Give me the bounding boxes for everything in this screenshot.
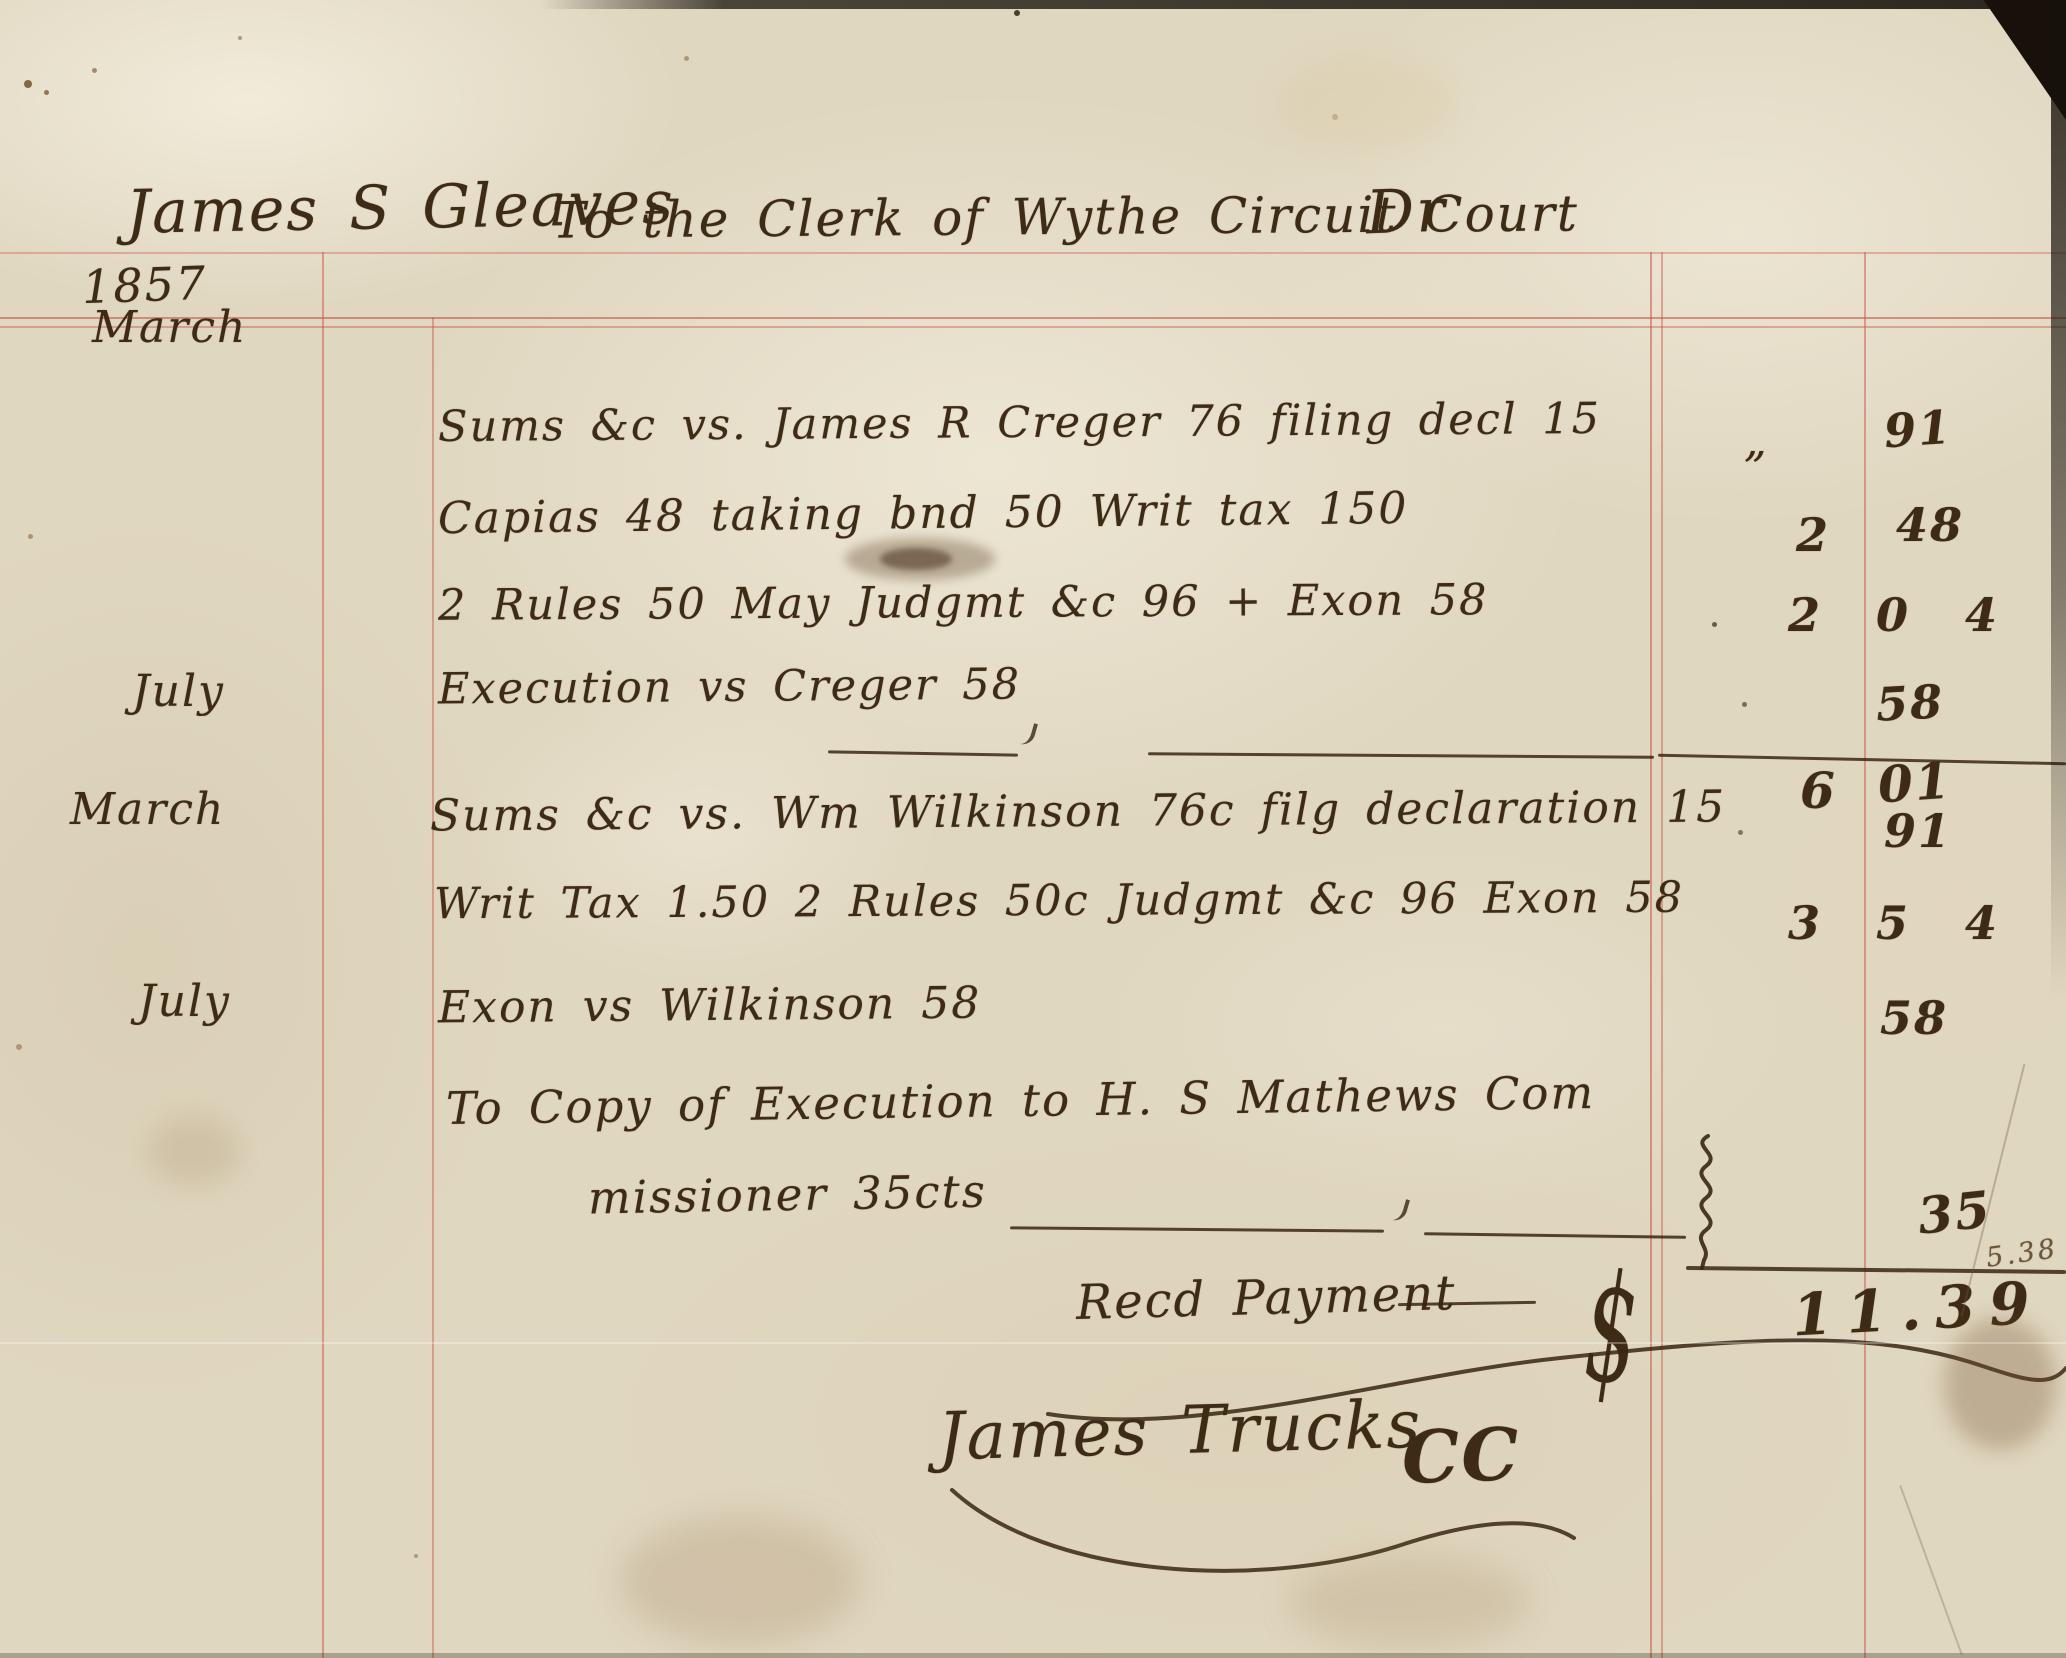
entry-6-description: Exon vs Wilkinson 58 bbox=[438, 982, 982, 1031]
red-horizontal-rule-double bbox=[0, 317, 2066, 328]
red-vertical-rule-right-double bbox=[1650, 252, 1663, 1658]
entry-2-cents: 0 4 bbox=[1876, 592, 2013, 638]
red-horizontal-rule-top bbox=[0, 252, 2066, 254]
stain-right bbox=[1944, 1318, 2056, 1450]
foxing-dot-8 bbox=[28, 534, 33, 539]
entry-5-dollars: 3 bbox=[1788, 900, 1822, 946]
foxing-dot-5 bbox=[684, 56, 689, 61]
clerk-signature: James Trucks bbox=[937, 1392, 1423, 1471]
subtotal-dollars: 6 bbox=[1800, 766, 1837, 816]
subtotal-cents: 01 bbox=[1876, 755, 1953, 810]
fill-line-3 bbox=[1010, 1226, 1384, 1232]
entry-6-cents: 58 bbox=[1880, 995, 1948, 1041]
entry-2-dollars: 2 bbox=[1788, 592, 1822, 638]
scan-edge-right bbox=[2051, 0, 2066, 1000]
foxing-dot-9 bbox=[16, 1044, 22, 1050]
foxing-dot-7 bbox=[1332, 114, 1338, 120]
stain-top-middle bbox=[1276, 58, 1456, 150]
foxing-dot-2 bbox=[44, 90, 49, 95]
ink-comma-2 bbox=[1391, 1197, 1410, 1224]
ledger-sheet: James S Gleaves To the Clerk of Wythe Ci… bbox=[0, 0, 2066, 1658]
red-vertical-rule-cents bbox=[1864, 252, 1866, 1658]
scan-edge-bottom bbox=[0, 1653, 2066, 1658]
entry-1-cents: 48 bbox=[1896, 502, 1964, 548]
foxing-dot-3 bbox=[92, 68, 97, 73]
foxing-dot-4 bbox=[238, 36, 242, 40]
entry-8-description: missioner 35cts bbox=[588, 1169, 988, 1221]
fill-line-4 bbox=[1424, 1232, 1686, 1239]
entry-4-cents: 91 bbox=[1884, 808, 1952, 854]
entry-0-ditto-mark: „ bbox=[1744, 420, 1769, 464]
subtotal-rule bbox=[1658, 754, 2066, 766]
ink-speck-2 bbox=[1742, 702, 1747, 707]
foxing-dot-6 bbox=[1014, 10, 1020, 16]
scan-edge-top bbox=[540, 0, 2066, 9]
entry-0-cents: 91 bbox=[1882, 404, 1953, 455]
entry-7-description: To Copy of Execution to H. S Mathews Com bbox=[446, 1070, 1596, 1131]
foxing-dot-1 bbox=[24, 80, 32, 88]
entry-4-description: Sums &c vs. Wm Wilkinson 76c filg declar… bbox=[430, 785, 1726, 838]
header-dr-abbrev: Dr bbox=[1365, 181, 1448, 244]
entry-6-month: July bbox=[138, 980, 231, 1024]
brace-squiggle bbox=[1686, 1134, 1726, 1270]
ink-speck-1 bbox=[1712, 622, 1717, 627]
entry-1-dollars: 2 bbox=[1796, 512, 1830, 558]
pencil-note: 5.38 bbox=[1984, 1235, 2059, 1272]
entry-2-description: 2 Rules 50 May Judgmt &c 96 + Exon 58 bbox=[438, 579, 1489, 627]
stain-bottom-left bbox=[620, 1516, 860, 1646]
red-vertical-rule-left-1 bbox=[322, 252, 324, 1658]
ink-speck-3 bbox=[1738, 830, 1743, 835]
entry-0-month: March bbox=[92, 306, 247, 350]
entry-3-description: Execution vs Creger 58 bbox=[438, 663, 1021, 711]
crease-horizontal bbox=[0, 1342, 2066, 1344]
ink-smudge-core bbox=[880, 548, 952, 570]
stain-bottom-middle bbox=[1290, 1556, 1530, 1648]
entry-3-month: July bbox=[132, 670, 225, 714]
foxing-dot-10 bbox=[414, 1554, 418, 1558]
entry-5-description: Writ Tax 1.50 2 Rules 50c Judgmt &c 96 E… bbox=[434, 877, 1684, 927]
ink-comma-1 bbox=[1019, 721, 1038, 748]
fill-line-1 bbox=[828, 750, 1018, 756]
crease-bottom-right-2 bbox=[1899, 1485, 1962, 1655]
stain-left-mid bbox=[148, 1116, 240, 1186]
entry-0-description: Sums &c vs. James R Creger 76 filing dec… bbox=[438, 398, 1601, 449]
red-vertical-rule-left-2 bbox=[432, 317, 434, 1658]
entry-5-cents: 5 4 bbox=[1876, 900, 2013, 946]
fill-line-2 bbox=[1148, 752, 1654, 759]
entry-3-cents: 58 bbox=[1875, 678, 1945, 727]
entry-4-month: March bbox=[70, 788, 225, 832]
entry-1-description: Capias 48 taking bnd 50 Writ tax 150 bbox=[438, 487, 1409, 541]
